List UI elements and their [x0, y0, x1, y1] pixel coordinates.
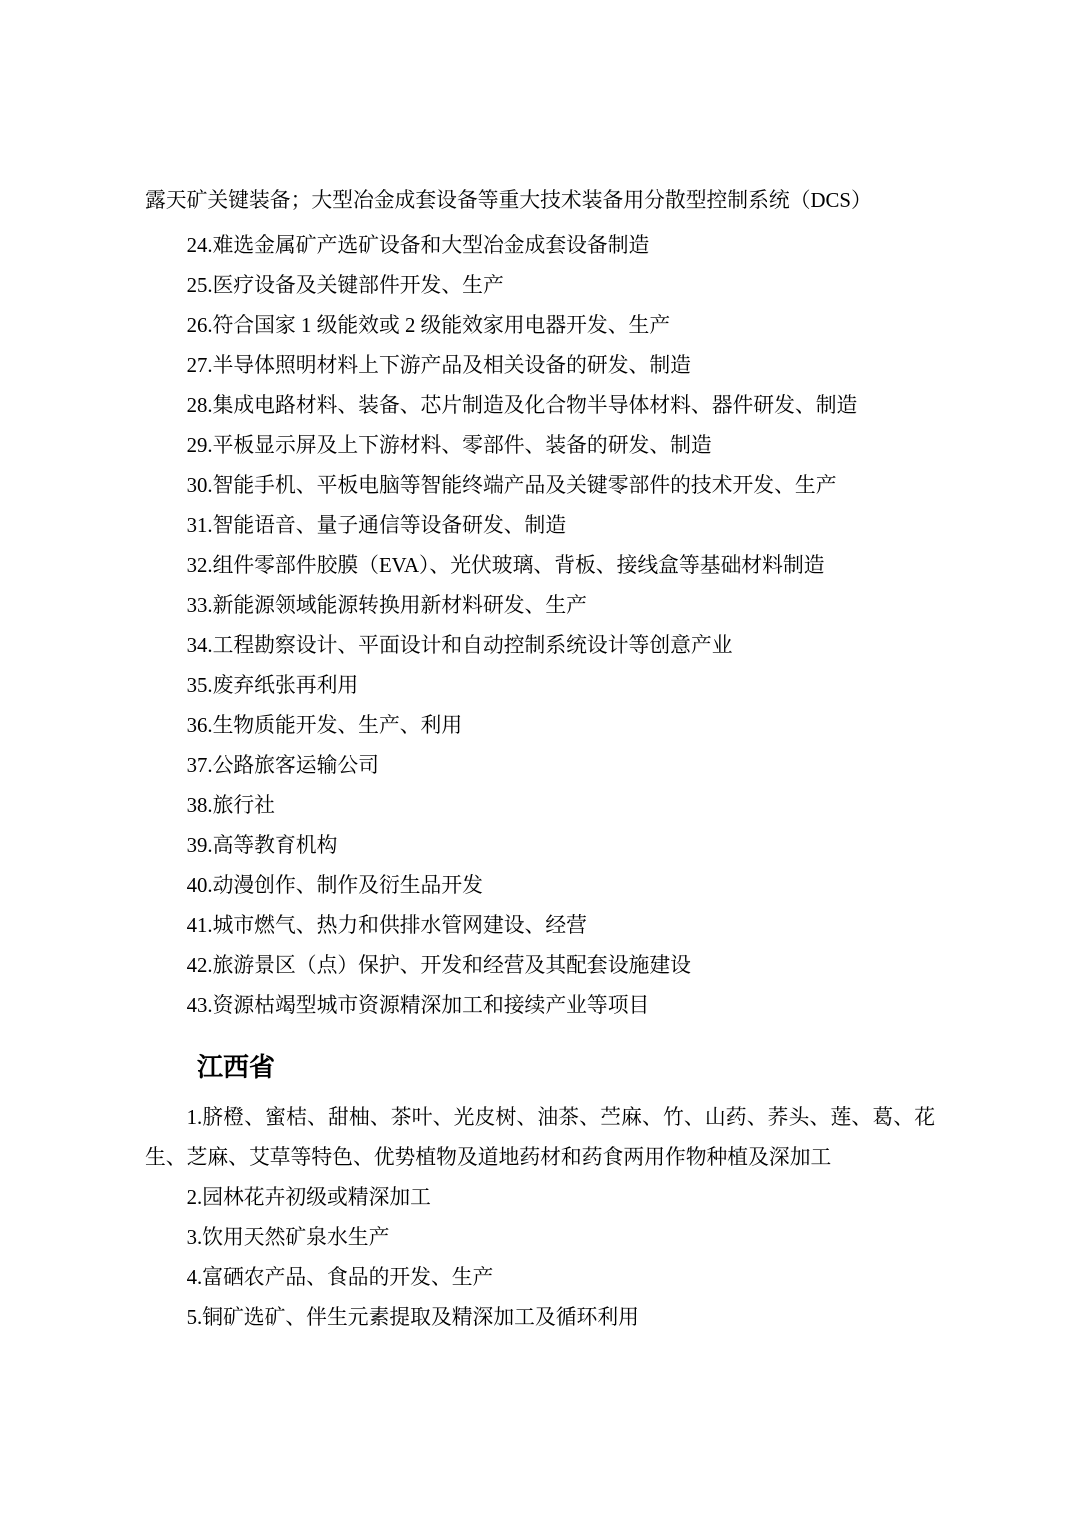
list-item-36: 36.生物质能开发、生产、利用 — [145, 706, 935, 746]
list-item-27: 27.半导体照明材料上下游产品及相关设备的研发、制造 — [145, 346, 935, 386]
list-item-jx-2: 2.园林花卉初级或精深加工 — [145, 1178, 935, 1218]
section-heading-jiangxi: 江西省 — [145, 1049, 935, 1085]
list-item-26: 26.符合国家 1 级能效或 2 级能效家用电器开发、生产 — [145, 306, 935, 346]
list-item-42: 42.旅游景区（点）保护、开发和经营及其配套设施建设 — [145, 946, 935, 986]
list-item-jx-4: 4.富硒农产品、食品的开发、生产 — [145, 1258, 935, 1298]
list-item-37: 37.公路旅客运输公司 — [145, 746, 935, 786]
document-page: 露天矿关键装备；大型冶金成套设备等重大技术装备用分散型控制系统（DCS） 24.… — [0, 0, 1074, 1520]
list-item-40: 40.动漫创作、制作及衍生品开发 — [145, 866, 935, 906]
list-item-25: 25.医疗设备及关键部件开发、生产 — [145, 266, 935, 306]
list-item-28: 28.集成电路材料、装备、芯片制造及化合物半导体材料、器件研发、制造 — [145, 386, 935, 426]
continuation-paragraph: 露天矿关键装备；大型冶金成套设备等重大技术装备用分散型控制系统（DCS） — [145, 181, 935, 221]
list-item-jx-3: 3.饮用天然矿泉水生产 — [145, 1218, 935, 1258]
list-item-jx-5: 5.铜矿选矿、伴生元素提取及精深加工及循环利用 — [145, 1298, 935, 1338]
list-item-39: 39.高等教育机构 — [145, 826, 935, 866]
list-item-38: 38.旅行社 — [145, 786, 935, 826]
list-item-41: 41.城市燃气、热力和供排水管网建设、经营 — [145, 906, 935, 946]
list-item-34: 34.工程勘察设计、平面设计和自动控制系统设计等创意产业 — [145, 626, 935, 666]
list-item-30: 30.智能手机、平板电脑等智能终端产品及关键零部件的技术开发、生产 — [145, 466, 935, 506]
list-item-jx-1: 1.脐橙、蜜桔、甜柚、茶叶、光皮树、油茶、苎麻、竹、山药、荞头、莲、葛、花生、芝… — [145, 1098, 935, 1178]
list-item-35: 35.废弃纸张再利用 — [145, 666, 935, 706]
list-item-43: 43.资源枯竭型城市资源精深加工和接续产业等项目 — [145, 986, 935, 1026]
list-item-33: 33.新能源领域能源转换用新材料研发、生产 — [145, 586, 935, 626]
list-item-24: 24.难选金属矿产选矿设备和大型冶金成套设备制造 — [145, 226, 935, 266]
list-item-32: 32.组件零部件胶膜（EVA）、光伏玻璃、背板、接线盒等基础材料制造 — [145, 546, 935, 586]
list-item-31: 31.智能语音、量子通信等设备研发、制造 — [145, 506, 935, 546]
list-item-29: 29.平板显示屏及上下游材料、零部件、装备的研发、制造 — [145, 426, 935, 466]
